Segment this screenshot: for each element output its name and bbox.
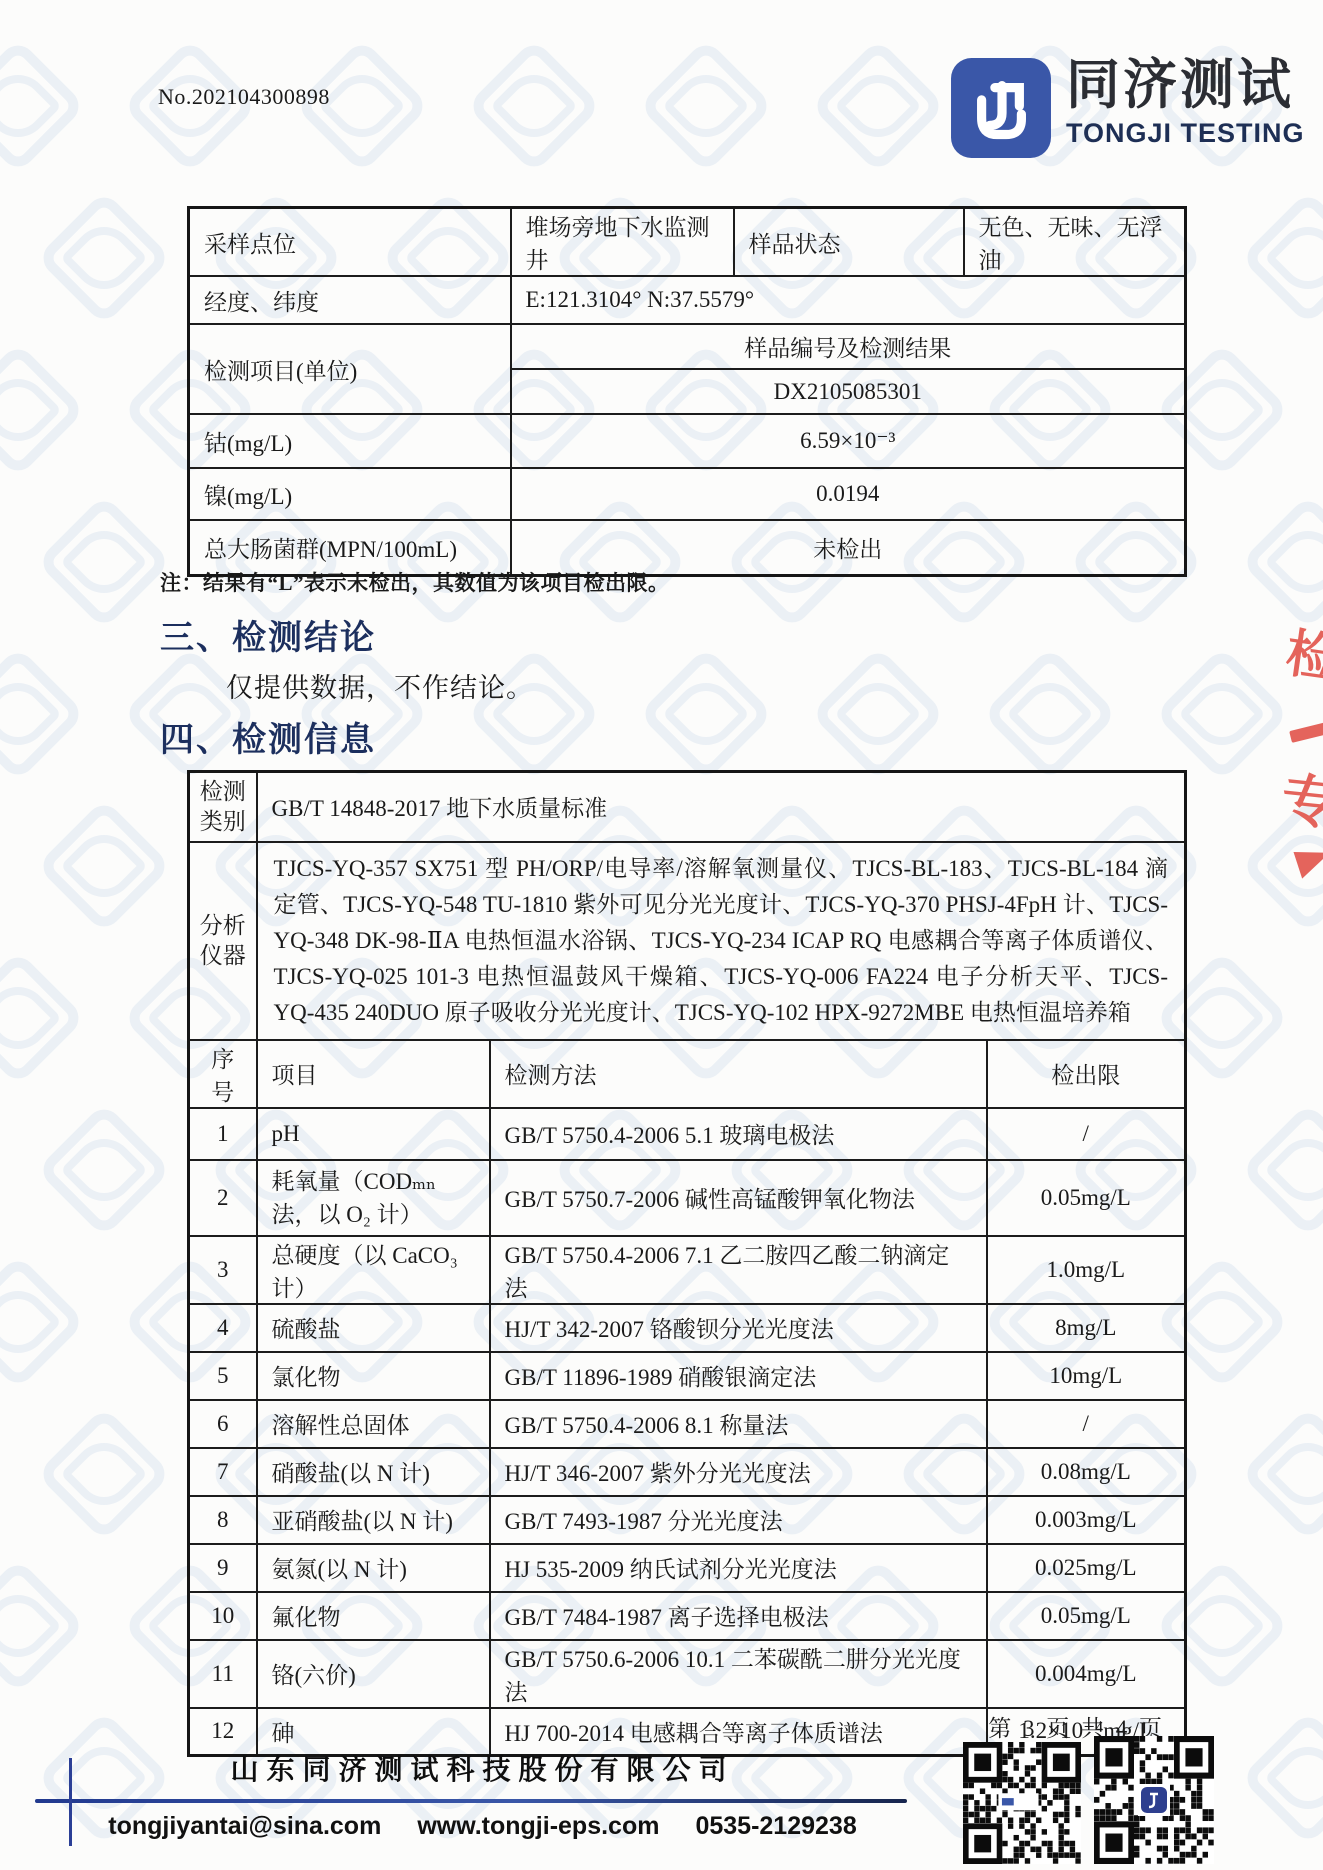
result-item: 镍(mg/L): [189, 468, 511, 520]
result-value: 0.0194: [511, 468, 1186, 520]
row-item: 耗氧量（CODₘₙ 法，以 O₂ 计）: [257, 1160, 490, 1236]
row-limit: 0.003mg/L: [987, 1496, 1186, 1544]
row-item: 氟化物: [257, 1592, 490, 1640]
method-info-table: 检测 类别 GB/T 14848-2017 地下水质量标准 分析 仪器 TJCS…: [187, 770, 1187, 1757]
row-method: GB/T 11896-1989 硝酸银滴定法: [490, 1352, 987, 1400]
table-row: 采样点位 堆场旁地下水监测井 样品状态 无色、无味、无浮油: [189, 208, 1186, 277]
logo-names: 同济测试 TONGJI TESTING: [1066, 56, 1305, 148]
table-row: 检测 类别 GB/T 14848-2017 地下水质量标准: [189, 772, 1186, 842]
category-value: GB/T 14848-2017 地下水质量标准: [257, 772, 1186, 842]
col-header-method: 检测方法: [490, 1040, 987, 1108]
row-limit: 0.08mg/L: [987, 1448, 1186, 1496]
category-label-line1: 检测: [194, 777, 252, 807]
footer-divider: [35, 1799, 907, 1803]
row-method: HJ 535-2009 纳氏试剂分光光度法: [490, 1544, 987, 1592]
row-method: GB/T 7493-1987 分光光度法: [490, 1496, 987, 1544]
row-item: 硫酸盐: [257, 1304, 490, 1352]
category-label: 检测 类别: [189, 772, 257, 842]
method-table-row: 6 溶解性总固体 GB/T 5750.4-2006 8.1 称量法 /: [189, 1400, 1186, 1448]
category-label-line2: 类别: [194, 807, 252, 837]
method-table-row: 1 pH GB/T 5750.4-2006 5.1 玻璃电极法 /: [189, 1108, 1186, 1160]
row-no: 1: [189, 1108, 257, 1160]
red-stamp-fragment: 检: [1282, 611, 1323, 693]
red-stamp-fragment: [1289, 721, 1323, 743]
row-limit: /: [987, 1400, 1186, 1448]
row-limit: 0.025mg/L: [987, 1544, 1186, 1592]
row-method: GB/T 5750.6-2006 10.1 二苯碳酰二肼分光光度法: [490, 1640, 987, 1708]
table-note: 注：结果有“L”表示未检出，其数值为该项目检出限。: [160, 567, 670, 597]
row-no: 2: [189, 1160, 257, 1236]
row-item: 铬(六价): [257, 1640, 490, 1708]
row-method: HJ/T 342-2007 铬酸钡分光光度法: [490, 1304, 987, 1352]
row-limit: 8mg/L: [987, 1304, 1186, 1352]
row-no: 4: [189, 1304, 257, 1352]
row-limit: 0.05mg/L: [987, 1592, 1186, 1640]
instruments-value: TJCS-YQ-357 SX751 型 PH/ORP/电导率/溶解氧测量仪、TJ…: [257, 842, 1186, 1040]
sample-state-label: 样品状态: [734, 208, 964, 277]
result-value: 6.59×10⁻³: [511, 414, 1186, 468]
method-table-row: 2 耗氧量（CODₘₙ 法，以 O₂ 计） GB/T 5750.7-2006 碱…: [189, 1160, 1186, 1236]
contact-row: tongjiyantai@sina.com www.tongji-eps.com…: [35, 1812, 930, 1841]
item-unit-label: 检测项目(单位): [189, 324, 511, 414]
table-row: 分析 仪器 TJCS-YQ-357 SX751 型 PH/ORP/电导率/溶解氧…: [189, 842, 1186, 1040]
footer: 山东同济测试科技股份有限公司: [35, 1748, 930, 1788]
table-row: 镍(mg/L) 0.0194: [189, 468, 1186, 520]
row-no: 9: [189, 1544, 257, 1592]
red-stamp-fragment: 专: [1278, 755, 1323, 840]
col-header-limit: 检出限: [987, 1040, 1186, 1108]
row-method: GB/T 5750.4-2006 7.1 乙二胺四乙酸二钠滴定法: [490, 1236, 987, 1304]
row-item: 亚硝酸盐(以 N 计): [257, 1496, 490, 1544]
table-row: 检测项目(单位) 样品编号及检测结果: [189, 324, 1186, 369]
coords-label: 经度、纬度: [189, 276, 511, 324]
row-no: 7: [189, 1448, 257, 1496]
instruments-label: 分析 仪器: [189, 842, 257, 1040]
sampling-point-label: 采样点位: [189, 208, 511, 277]
table-row: 钴(mg/L) 6.59×10⁻³: [189, 414, 1186, 468]
qr-code-left: [963, 1742, 1081, 1864]
method-table-row: 5 氯化物 GB/T 11896-1989 硝酸银滴定法 10mg/L: [189, 1352, 1186, 1400]
row-method: GB/T 5750.4-2006 8.1 称量法: [490, 1400, 987, 1448]
result-item: 钴(mg/L): [189, 414, 511, 468]
sample-state-value: 无色、无味、无浮油: [964, 208, 1186, 277]
report-page: No.202104300898 同济测试 TONGJI TESTING 采样点位…: [0, 0, 1323, 1870]
qr-code-right: [1094, 1736, 1214, 1864]
row-item: 溶解性总固体: [257, 1400, 490, 1448]
method-table-row: 3 总硬度（以 CaCO₃ 计） GB/T 5750.4-2006 7.1 乙二…: [189, 1236, 1186, 1304]
method-table-row: 7 硝酸盐(以 N 计) HJ/T 346-2007 紫外分光光度法 0.08m…: [189, 1448, 1186, 1496]
row-limit: 0.05mg/L: [987, 1160, 1186, 1236]
row-item: 氯化物: [257, 1352, 490, 1400]
col-header-no: 序号: [189, 1040, 257, 1108]
row-no: 6: [189, 1400, 257, 1448]
row-item: 总硬度（以 CaCO₃ 计）: [257, 1236, 490, 1304]
section-3-heading: 三、检测结论: [160, 610, 376, 659]
sample-info-table: 采样点位 堆场旁地下水监测井 样品状态 无色、无味、无浮油 经度、纬度 E:12…: [187, 206, 1187, 577]
instruments-label-line2: 仪器: [194, 941, 252, 971]
logo-name-cn: 同济测试: [1066, 56, 1305, 114]
sample-id: DX2105085301: [511, 369, 1186, 414]
tongji-logo-icon: [950, 56, 1052, 160]
row-item: 氨氮(以 N 计): [257, 1544, 490, 1592]
method-table-row: 11 铬(六价) GB/T 5750.6-2006 10.1 二苯碳酰二肼分光光…: [189, 1640, 1186, 1708]
company-logo: 同济测试 TONGJI TESTING: [950, 56, 1305, 160]
sampling-point-value: 堆场旁地下水监测井: [511, 208, 734, 277]
row-limit: 10mg/L: [987, 1352, 1186, 1400]
section-4-heading: 四、检测信息: [160, 712, 376, 761]
row-limit: 1.0mg/L: [987, 1236, 1186, 1304]
row-item: pH: [257, 1108, 490, 1160]
row-method: GB/T 5750.7-2006 碱性高锰酸钾氧化物法: [490, 1160, 987, 1236]
row-no: 11: [189, 1640, 257, 1708]
method-table-row: 8 亚硝酸盐(以 N 计) GB/T 7493-1987 分光光度法 0.003…: [189, 1496, 1186, 1544]
method-table-row: 10 氟化物 GB/T 7484-1987 离子选择电极法 0.05mg/L: [189, 1592, 1186, 1640]
row-limit: /: [987, 1108, 1186, 1160]
coords-value: E:121.3104° N:37.5579°: [511, 276, 1186, 324]
row-item: 硝酸盐(以 N 计): [257, 1448, 490, 1496]
row-method: GB/T 7484-1987 离子选择电极法: [490, 1592, 987, 1640]
method-table-row: 4 硫酸盐 HJ/T 342-2007 铬酸钡分光光度法 8mg/L: [189, 1304, 1186, 1352]
row-method: HJ/T 346-2007 紫外分光光度法: [490, 1448, 987, 1496]
report-number: No.202104300898: [158, 84, 330, 110]
red-stamp-fragment: [1294, 841, 1323, 878]
method-table-row: 9 氨氮(以 N 计) HJ 535-2009 纳氏试剂分光光度法 0.025m…: [189, 1544, 1186, 1592]
company-name: 山东同济测试科技股份有限公司: [230, 1754, 734, 1785]
table-header-row: 序号 项目 检测方法 检出限: [189, 1040, 1186, 1108]
table-row: 经度、纬度 E:121.3104° N:37.5579°: [189, 276, 1186, 324]
instruments-label-line1: 分析: [194, 911, 252, 941]
row-limit: 0.004mg/L: [987, 1640, 1186, 1708]
row-no: 10: [189, 1592, 257, 1640]
row-method: GB/T 5750.4-2006 5.1 玻璃电极法: [490, 1108, 987, 1160]
result-header: 样品编号及检测结果: [511, 324, 1186, 369]
section-3-body: 仅提供数据，不作结论。: [226, 666, 534, 705]
row-no: 5: [189, 1352, 257, 1400]
contact-website: www.tongji-eps.com: [417, 1812, 659, 1841]
logo-name-en: TONGJI TESTING: [1066, 118, 1305, 148]
contact-email: tongjiyantai@sina.com: [108, 1812, 381, 1841]
contact-phone: 0535-2129238: [695, 1812, 856, 1841]
row-no: 3: [189, 1236, 257, 1304]
col-header-item: 项目: [257, 1040, 490, 1108]
row-no: 8: [189, 1496, 257, 1544]
